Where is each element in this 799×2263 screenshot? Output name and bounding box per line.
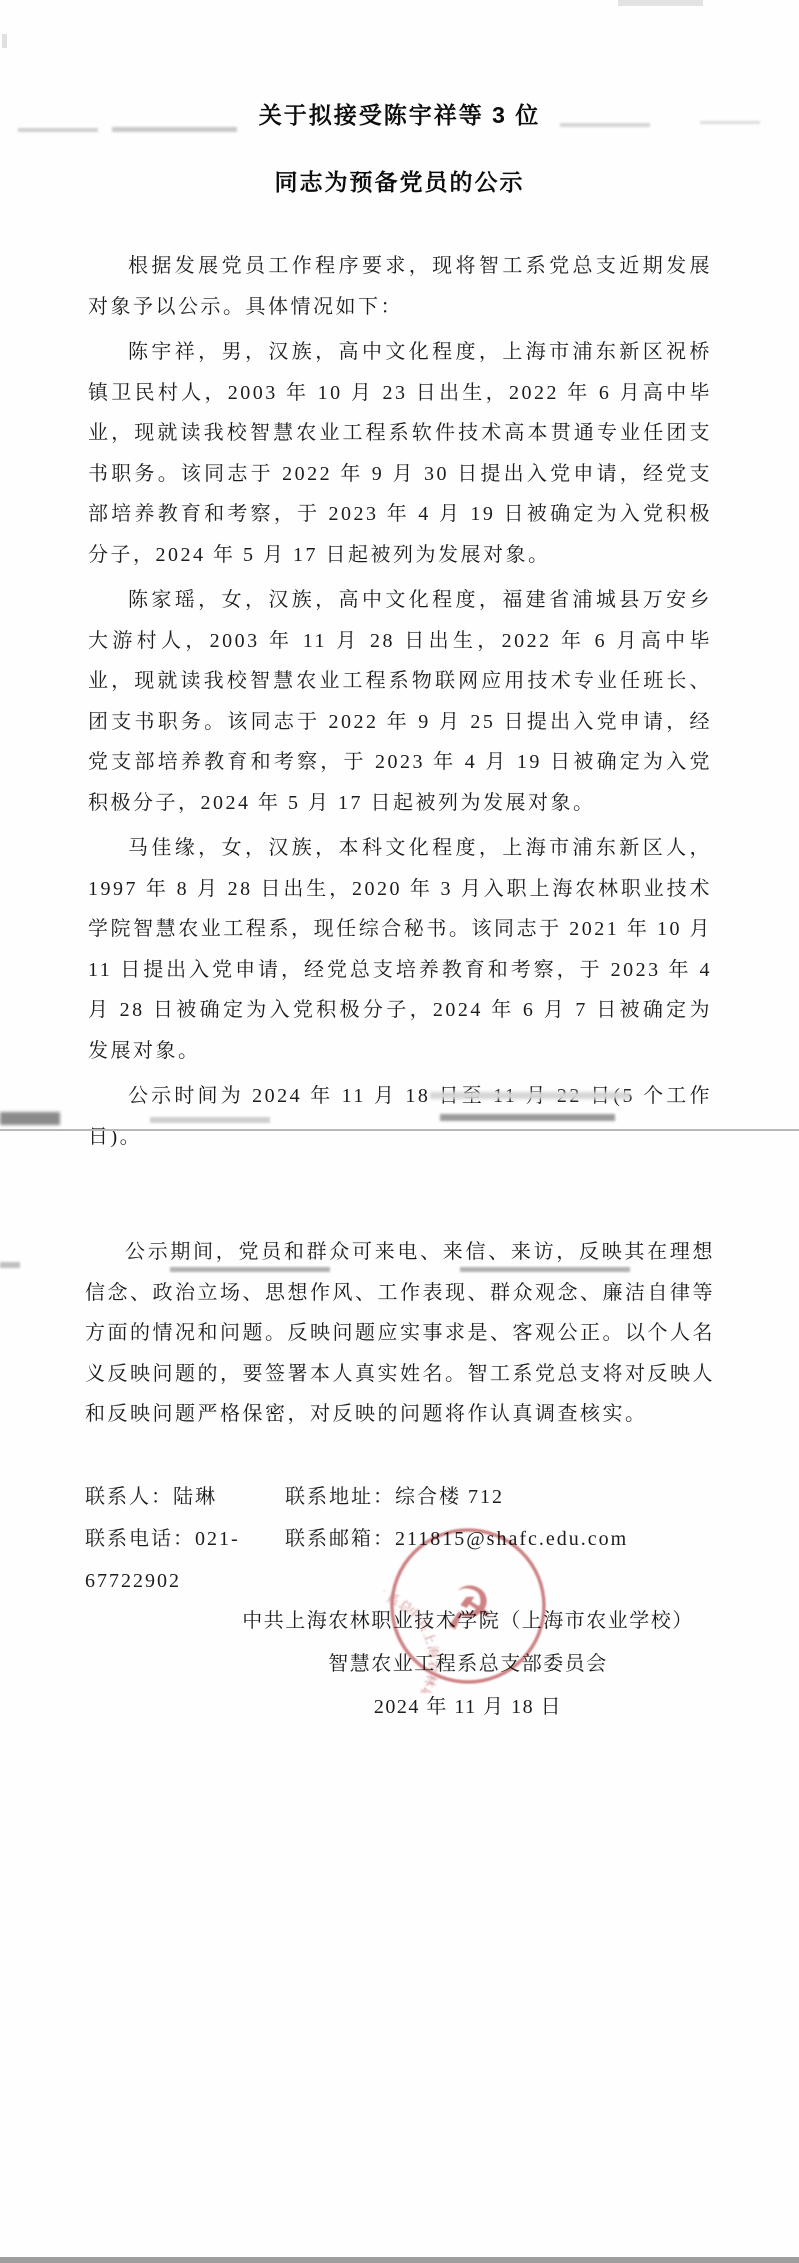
contact-address-label: 联系地址： xyxy=(285,1486,395,1508)
document-body: 根据发展党员工作程序要求，现将智工系党总支近期发展对象予以公示。具体情况如下： … xyxy=(88,246,712,1162)
body-paragraph-chenyuxiang: 陈宇祥，男，汉族，高中文化程度，上海市浦东新区祝桥镇卫民村人，2003 年 10… xyxy=(88,332,712,575)
page-separator-line xyxy=(0,1129,799,1131)
scan-artifact xyxy=(2,34,7,48)
signature-date: 2024 年 11 月 18 日 xyxy=(168,1686,768,1729)
document-title: 关于拟接受陈宇祥等 3 位 同志为预备党员的公示 xyxy=(0,82,799,216)
notice-paragraph: 公示期间，党员和群众可来电、来信、来访，反映其在理想信念、政治立场、思想作风、工… xyxy=(85,1232,715,1435)
document-title-line1: 关于拟接受陈宇祥等 3 位 xyxy=(0,82,799,149)
contact-address-value: 综合楼 712 xyxy=(395,1486,504,1508)
signature-block: 中共上海农林职业技术学院（上海市农业学校） 智慧农业工程系总支部委员会 2024… xyxy=(168,1600,768,1729)
contact-address: 联系地址：综合楼 712 xyxy=(285,1476,725,1518)
contact-phone: 联系电话：021-67722902 xyxy=(85,1518,285,1602)
contact-email-value: 211815@shafc.edu.com xyxy=(395,1528,628,1550)
body-paragraph-majiayuan: 马佳缘，女，汉族，本科文化程度，上海市浦东新区人，1997 年 8 月 28 日… xyxy=(88,828,712,1071)
contact-phone-label: 联系电话： xyxy=(85,1528,195,1550)
contact-email-label: 联系邮箱： xyxy=(285,1528,395,1550)
scan-artifact xyxy=(0,1262,20,1268)
body-paragraph-intro: 根据发展党员工作程序要求，现将智工系党总支近期发展对象予以公示。具体情况如下： xyxy=(88,246,712,327)
document-title-line2: 同志为预备党员的公示 xyxy=(0,149,799,216)
scan-artifact-bottom-bar xyxy=(0,2257,799,2263)
scanned-document-page: 关于拟接受陈宇祥等 3 位 同志为预备党员的公示 根据发展党员工作程序要求，现将… xyxy=(0,0,799,2263)
signature-org-line2: 智慧农业工程系总支部委员会 xyxy=(168,1643,768,1686)
contact-person-label: 联系人： xyxy=(85,1486,173,1508)
body-paragraph-chenjiayao: 陈家瑶，女，汉族，高中文化程度，福建省浦城县万安乡大游村人，2003 年 11 … xyxy=(88,580,712,823)
notice-section: 公示期间，党员和群众可来电、来信、来访，反映其在理想信念、政治立场、思想作风、工… xyxy=(85,1232,715,1440)
contact-row-1: 联系人：陆琳 联系地址：综合楼 712 xyxy=(85,1476,725,1518)
contact-person-value: 陆琳 xyxy=(173,1486,217,1508)
contact-person: 联系人：陆琳 xyxy=(85,1476,285,1518)
contact-row-2: 联系电话：021-67722902 联系邮箱：211815@shafc.edu.… xyxy=(85,1518,725,1602)
body-paragraph-publicity-period: 公示时间为 2024 年 11 月 18 日至 11 月 22 日(5 个工作日… xyxy=(88,1076,712,1157)
signature-org-line1: 中共上海农林职业技术学院（上海市农业学校） xyxy=(168,1600,768,1643)
contact-info: 联系人：陆琳 联系地址：综合楼 712 联系电话：021-67722902 联系… xyxy=(85,1476,725,1602)
scan-artifact xyxy=(0,1112,60,1125)
contact-email: 联系邮箱：211815@shafc.edu.com xyxy=(285,1518,725,1602)
scan-artifact xyxy=(618,0,703,6)
